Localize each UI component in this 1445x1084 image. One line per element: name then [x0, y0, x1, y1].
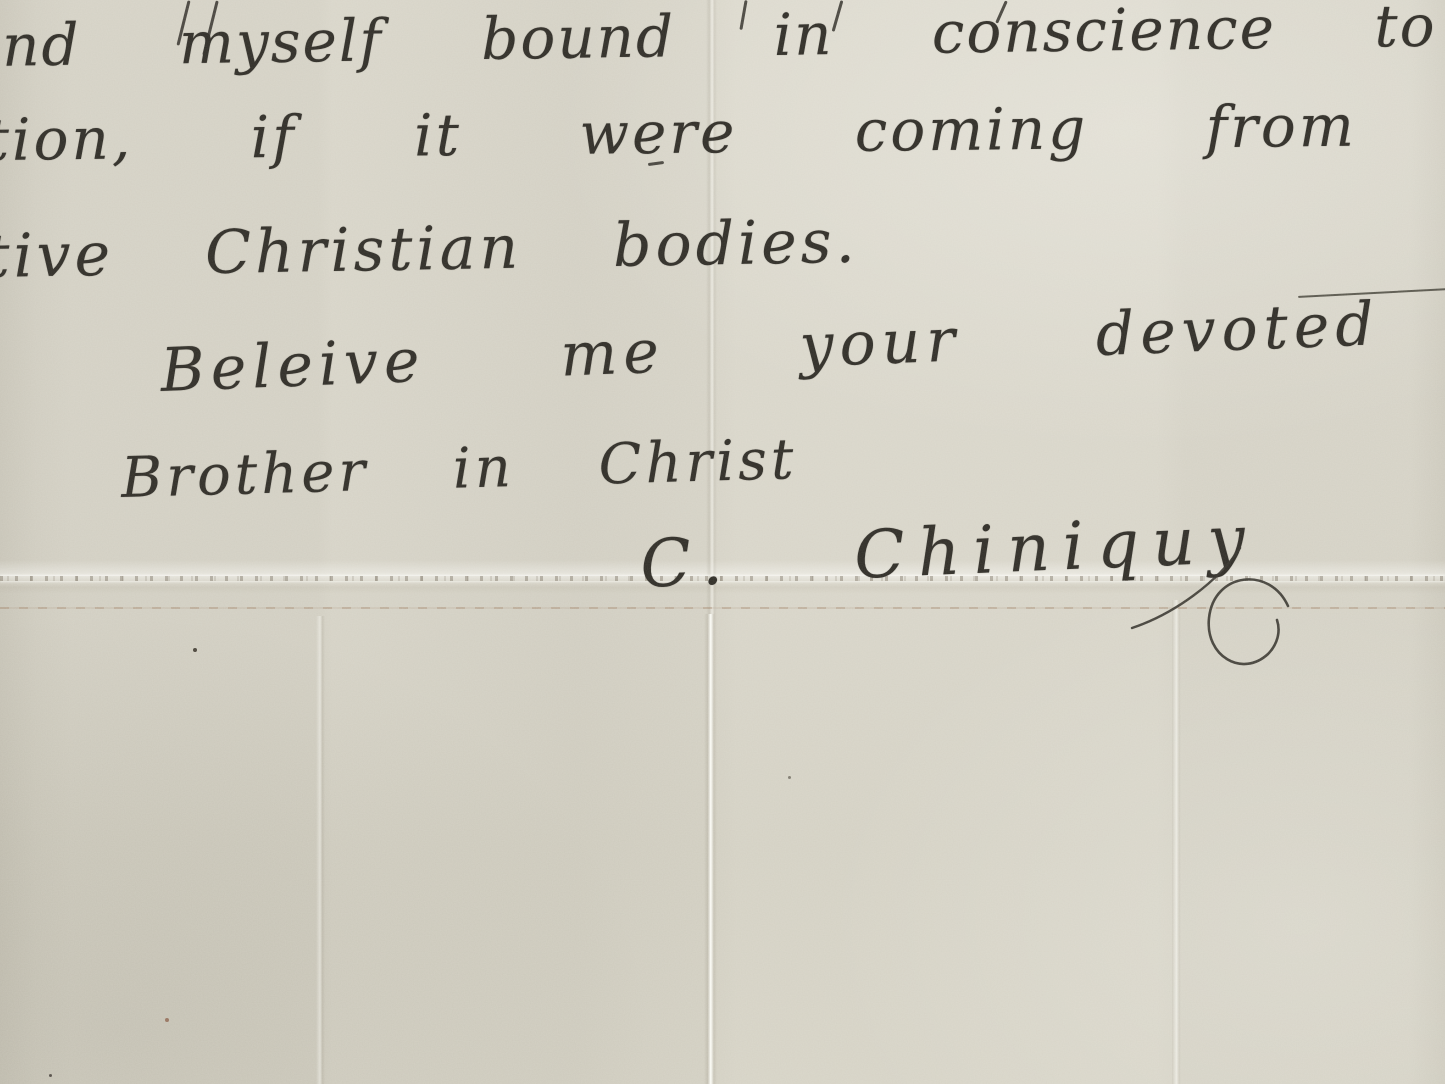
letter-line-4-valediction: Beleive me your devoted	[159, 289, 1381, 406]
letter-line-2: tion, if it were coming from a	[0, 90, 1445, 174]
vertical-fold-left-lower	[316, 616, 325, 1084]
ink-speck	[49, 1074, 52, 1077]
letter-line-5-valediction: Brother in Christ	[120, 427, 798, 511]
ink-speck	[193, 648, 197, 652]
vertical-fold-center-lower	[704, 614, 717, 1084]
letter-line-1: ind myself bound in conscience to a C	[0, 0, 1445, 80]
letter-photo: ind myself bound in conscience to a C ti…	[0, 0, 1445, 1084]
foxing-speck	[165, 1018, 169, 1022]
signature-flourish-hook	[1118, 542, 1318, 712]
letter-line-3: tive Christian bodies.	[0, 207, 859, 292]
ink-speck	[788, 776, 791, 779]
